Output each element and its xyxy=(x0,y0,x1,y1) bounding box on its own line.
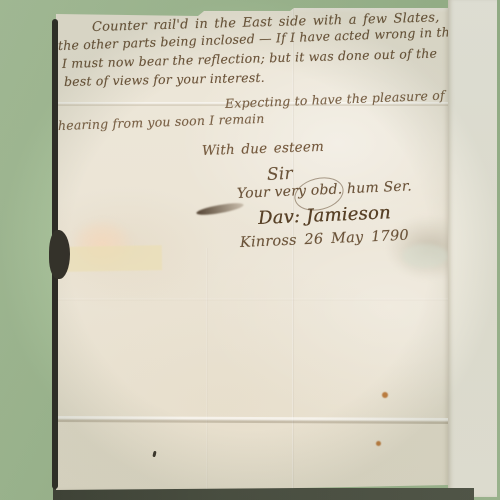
water-stain-highlight xyxy=(402,244,448,268)
horizontal-fold-line xyxy=(56,298,448,301)
handwriting-line: best of views for your interest. xyxy=(64,70,265,89)
bottom-shadow-band xyxy=(53,488,474,500)
foxing-dot xyxy=(382,392,388,398)
ink-speck xyxy=(152,451,156,458)
signature: Dav: Jamieson xyxy=(258,202,392,229)
handwriting-line: Expecting to have the pleasure of xyxy=(225,88,445,111)
handwriting-salutation: Sir xyxy=(266,164,293,185)
ink-smudge xyxy=(196,201,245,217)
handwriting-line: hearing from you soon I remain xyxy=(58,111,265,133)
seal-show-through-stain xyxy=(70,218,134,270)
horizontal-fold-line xyxy=(54,416,450,424)
dateline: Kinross 26 May 1790 xyxy=(240,228,410,251)
vertical-fold-line xyxy=(292,8,294,490)
tape-strip xyxy=(64,245,162,272)
letter-photo: Counter rail'd in the East side with a f… xyxy=(0,0,500,500)
vertical-fold-line xyxy=(206,248,208,490)
back-sheet xyxy=(448,0,497,497)
foxing-dot xyxy=(376,441,381,446)
letter-sheet: Counter rail'd in the East side with a f… xyxy=(56,8,448,490)
handwriting-line-closing: With due esteem xyxy=(202,139,325,159)
